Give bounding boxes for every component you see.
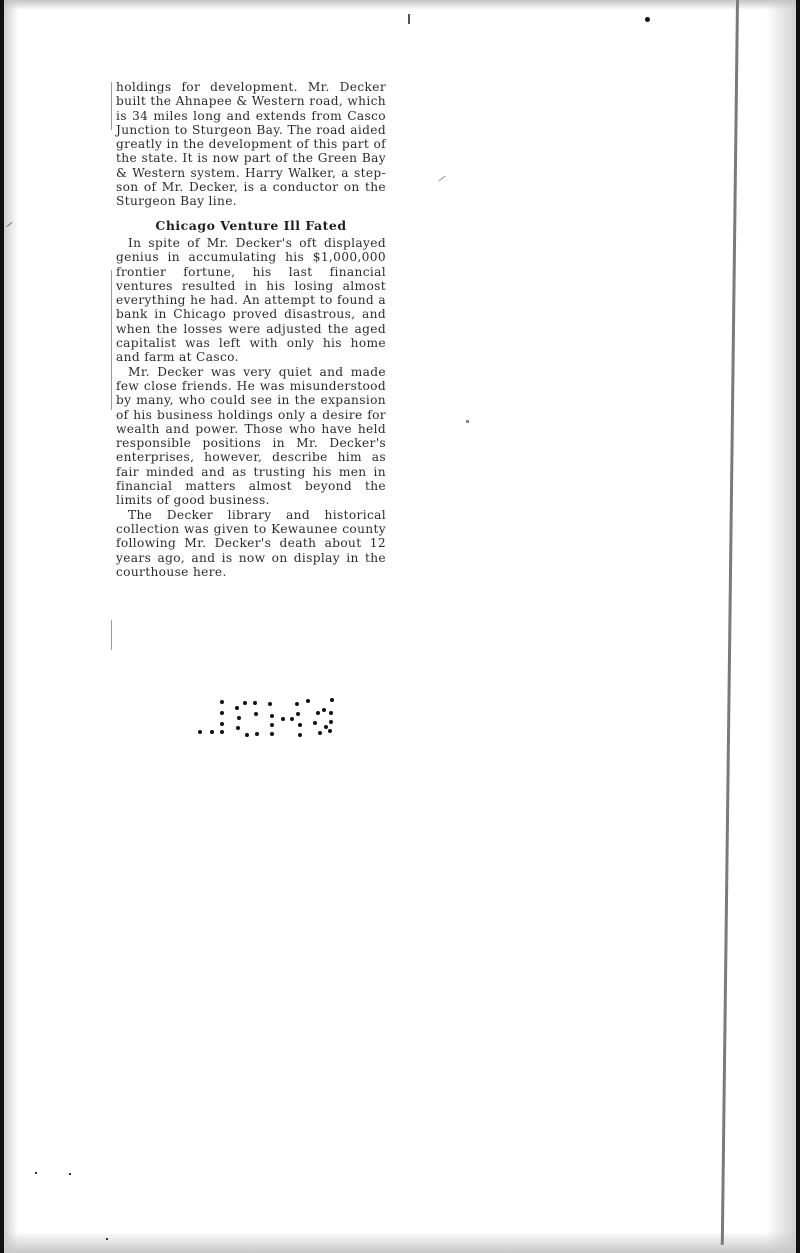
perforation-dot — [316, 711, 320, 715]
perforation-dot — [245, 733, 249, 737]
perforation-dot — [270, 732, 274, 736]
scan-shadow-top — [4, 0, 796, 10]
perforation-dot — [210, 730, 214, 734]
article-subheading: Chicago Venture Ill Fated — [116, 219, 386, 233]
perforation-dot — [243, 701, 247, 705]
perforation-dot — [255, 732, 259, 736]
perforation-dot — [296, 712, 300, 716]
scan-speck — [645, 17, 650, 22]
perforation-dot — [329, 711, 333, 715]
perforation-dot — [330, 698, 334, 702]
perforation-dot — [254, 712, 258, 716]
scan-shadow-bottom — [4, 1231, 796, 1253]
perforation-dot — [281, 717, 285, 721]
perforation-dot — [220, 722, 224, 726]
article-paragraph: The Decker library and historical collec… — [116, 508, 386, 579]
column-rule — [111, 82, 112, 130]
perforation-dot — [198, 730, 202, 734]
article-paragraph: holdings for development. Mr. Decker bui… — [116, 80, 386, 209]
perforation-dot — [268, 702, 272, 706]
scan-speck — [438, 176, 445, 181]
scan-speck — [35, 1172, 37, 1174]
article-column: holdings for development. Mr. Decker bui… — [116, 80, 386, 579]
scan-speck — [466, 420, 469, 423]
scan-border-right — [796, 0, 800, 1253]
column-rule — [111, 270, 112, 410]
scan-speck — [106, 1238, 108, 1240]
perforation-dot — [328, 729, 332, 733]
perforation-dot — [220, 730, 224, 734]
article-paragraph: In spite of Mr. Decker's oft displayed g… — [116, 236, 386, 365]
article-paragraph: Mr. Decker was very quiet and made few c… — [116, 365, 386, 508]
perforation-dot — [298, 733, 302, 737]
scan-shadow-left — [4, 0, 18, 1253]
perforation-dot — [270, 723, 274, 727]
perforation-dot — [236, 726, 240, 730]
scan-border-left — [0, 0, 4, 1253]
perforation-dot — [270, 714, 274, 718]
scan-speck — [408, 14, 410, 24]
perforation-stamp — [198, 690, 358, 740]
page-fold-line — [721, 0, 739, 1245]
scanned-page: holdings for development. Mr. Decker bui… — [0, 0, 800, 1253]
perforation-dot — [329, 720, 333, 724]
perforation-dot — [253, 701, 257, 705]
perforation-dot — [322, 708, 326, 712]
perforation-dot — [235, 706, 239, 710]
perforation-dot — [318, 731, 322, 735]
perforation-dot — [237, 716, 241, 720]
perforation-dot — [220, 700, 224, 704]
perforation-dot — [324, 725, 328, 729]
perforation-dot — [306, 699, 310, 703]
perforation-dot — [313, 721, 317, 725]
scan-speck — [69, 1173, 71, 1175]
perforation-dot — [220, 711, 224, 715]
column-rule — [111, 620, 112, 650]
perforation-dot — [295, 702, 299, 706]
perforation-dot — [290, 717, 294, 721]
scan-shadow-right — [766, 0, 796, 1253]
perforation-dot — [298, 723, 302, 727]
